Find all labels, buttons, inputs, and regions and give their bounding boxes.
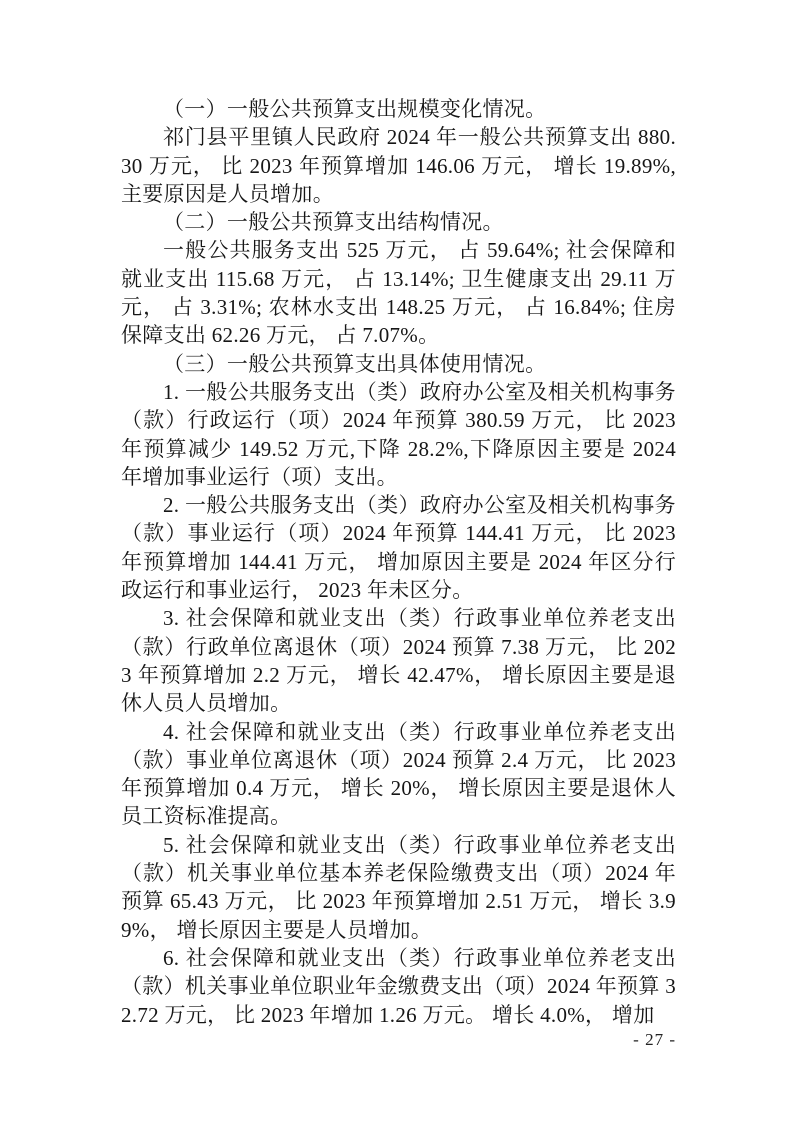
paragraph: （一）一般公共预算支出规模变化情况。 [121,95,676,123]
paragraph: （三）一般公共预算支出具体使用情况。 [121,350,676,378]
paragraph: 1. 一般公共服务支出（类）政府办公室及相关机构事务（款）行政运行（项）2024… [121,378,676,491]
paragraph: 3. 社会保障和就业支出（类）行政事业单位养老支出（款）行政单位离退休（项）20… [121,604,676,717]
page-number: - 27 - [121,1030,676,1050]
document-body: （一）一般公共预算支出规模变化情况。祁门县平里镇人民政府 2024 年一般公共预… [121,95,676,1029]
paragraph: 6. 社会保障和就业支出（类）行政事业单位养老支出（款）机关事业单位职业年金缴费… [121,944,676,1029]
paragraph: （二）一般公共预算支出结构情况。 [121,208,676,236]
paragraph: 一般公共服务支出 525 万元， 占 59.64%; 社会保障和就业支出 115… [121,236,676,349]
paragraph: 2. 一般公共服务支出（类）政府办公室及相关机构事务（款）事业运行（项）2024… [121,491,676,604]
paragraph: 4. 社会保障和就业支出（类）行政事业单位养老支出（款）事业单位离退休（项）20… [121,718,676,831]
paragraph: 祁门县平里镇人民政府 2024 年一般公共预算支出 880.30 万元， 比 2… [121,123,676,208]
document-page: （一）一般公共预算支出规模变化情况。祁门县平里镇人民政府 2024 年一般公共预… [0,0,793,1122]
paragraph: 5. 社会保障和就业支出（类）行政事业单位养老支出（款）机关事业单位基本养老保险… [121,831,676,944]
